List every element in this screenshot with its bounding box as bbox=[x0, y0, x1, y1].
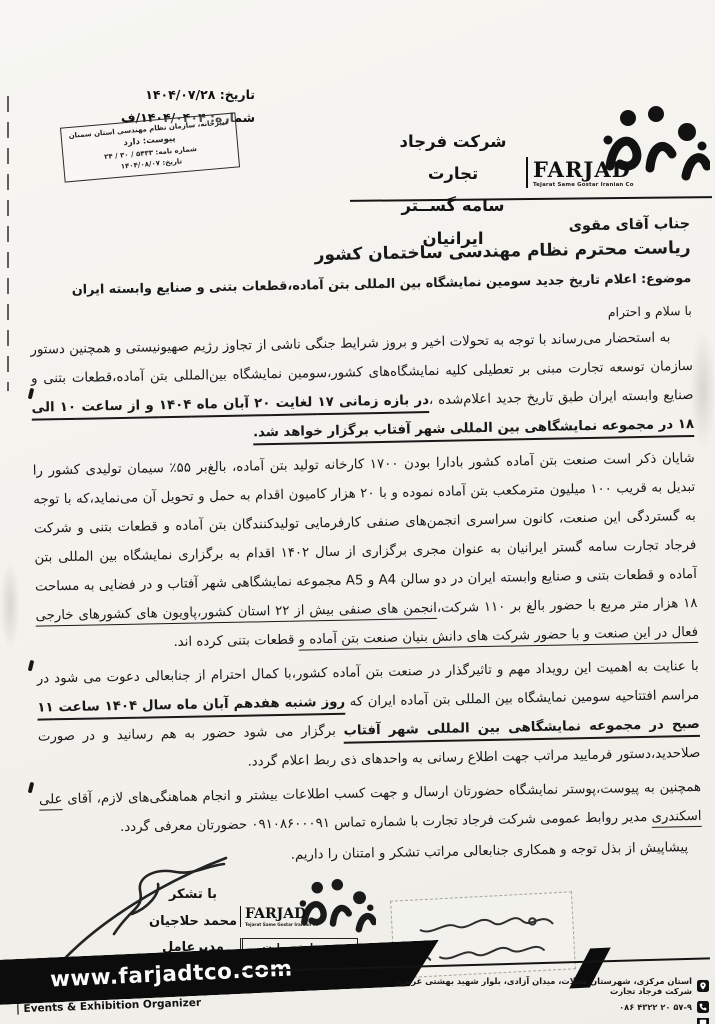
company-stamp-logo-text: FARJAD bbox=[245, 906, 319, 922]
phone-number: ۰۸۶ ۴۳۲۲ ۲۰ ۵۷-۹ bbox=[619, 1002, 692, 1012]
scan-artifact bbox=[28, 660, 34, 672]
paragraph-1: به استحضار می‌رساند با توجه به تحولات اخ… bbox=[30, 323, 694, 452]
company-name-line1: شرکت فرجاد تجارت bbox=[378, 126, 528, 190]
paragraph-3: با عنایت به اهمیت این رویداد مهم و تاثیر… bbox=[36, 652, 700, 781]
farjad-logo-wordmark: FARJAD Tejarat Same Gostar Iranian Co bbox=[526, 157, 634, 188]
company-stamp-logo-subtext: Tejarat Same Gostar Iranian Co bbox=[245, 922, 319, 927]
address-text: استان مرکزی، شهرستان محلات، میدان آزادی،… bbox=[379, 976, 692, 996]
paragraph-2: شایان ذکر است صنعت بتن آماده کشور بادارا… bbox=[32, 444, 698, 660]
footer-contact-info: استان مرکزی، شهرستان محلات، میدان آزادی،… bbox=[379, 976, 709, 1024]
paragraph-4-text-a: همچنین به پیوست،پوستر نمایشگاه حضورتان ا… bbox=[62, 780, 701, 807]
farjad-logo: FARJAD Tejarat Same Gostar Iranian Co bbox=[520, 106, 710, 198]
paragraph-4: همچنین به پیوست،پوستر نمایشگاه حضورتان ا… bbox=[39, 773, 702, 844]
location-icon bbox=[697, 980, 709, 992]
paragraph-2-text-b: قطعات بتنی کرده اند. bbox=[173, 633, 298, 650]
phone-row: ۰۸۶ ۴۳۲۲ ۲۰ ۵۷-۹ bbox=[379, 1001, 709, 1013]
farjad-logo-subtext: Tejarat Same Gostar Iranian Co bbox=[533, 182, 634, 188]
letter-body: جناب آقای مقوی ریاست محترم نظام مهندسی س… bbox=[28, 216, 702, 868]
subject-line: موضوع: اعلام تاریخ جدید سومین نمایشگاه ب… bbox=[29, 271, 691, 299]
paragraph-2-text-a: شایان ذکر است صنعت بتن آماده کشور بادارا… bbox=[33, 451, 698, 616]
company-stamp-wordmark: FARJAD Tejarat Same Gostar Iranian Co bbox=[240, 906, 319, 927]
paragraph-4-text-b: مدیر روابط عمومی شرکت فرجاد تجارت با شما… bbox=[120, 810, 652, 835]
address-row: استان مرکزی، شهرستان محلات، میدان آزادی،… bbox=[379, 976, 709, 996]
letter-date: تاریخ: ۱۴۰۴/۰۷/۲۸ bbox=[95, 84, 255, 107]
phone-icon bbox=[697, 1001, 709, 1013]
farjad-logo-text: FARJAD bbox=[533, 157, 634, 182]
mail-icon bbox=[697, 1018, 709, 1024]
recipient-title: ریاست محترم نظام مهندسی ساختمان کشور bbox=[29, 238, 691, 271]
received-stamp: دبیرخانه، سازمان نظام مهندسی استان سمنان… bbox=[60, 112, 240, 182]
scan-edge-artifact bbox=[7, 96, 9, 391]
cutoff-contact-row bbox=[379, 1018, 709, 1024]
signature-thanks: با تشکر bbox=[118, 882, 268, 909]
scanned-letter-page: تاریخ: ۱۴۰۴/۰۷/۲۸ شماره: ۱۴۰۴/۰۴۰۴/ف دبی… bbox=[0, 0, 715, 1024]
scan-smudge bbox=[0, 560, 20, 650]
website-url[interactable]: www.farjadtco.com bbox=[50, 957, 293, 993]
scan-artifact bbox=[28, 782, 34, 794]
